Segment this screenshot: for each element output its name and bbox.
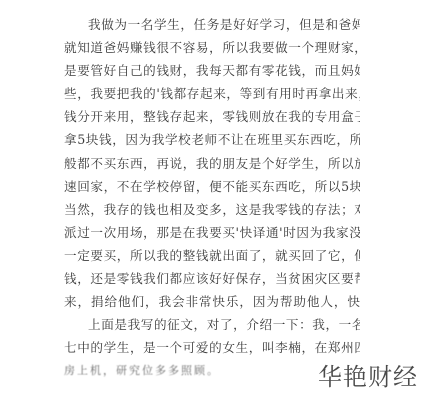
paragraph-2-line-1: 上面是我写的征文，对了，介绍一下：我，一名来自郑州铁路	[64, 313, 360, 336]
paragraph-2-line-3: 房上机，研究位多多照顾。	[64, 359, 360, 382]
paragraph-1-line-6: 拿5块钱，因为我学校老师不让在班里买东西吃，所以我和同学一	[64, 128, 360, 151]
paragraph-1-line-5: 钱分开来用，整钱存起来，零钱则放在我的专用盒子里，一个星期	[64, 105, 360, 128]
paragraph-1-line-10: 派过一次用场，那是在我要买'快译通'时因为我家没人，并且又	[64, 221, 360, 244]
paragraph-1-line-2: 就知道爸妈赚钱很不容易，所以我要做一个理财家，我对我的要求	[64, 36, 360, 59]
paragraph-1-line-8: 速回家，不在学校停留，便不能买东西吃，所以5块钱都花不完，	[64, 175, 360, 198]
paragraph-1-line-1: 我做为一名学生，任务是好好学习，但是和爸妈住在一起，也	[64, 13, 360, 36]
paragraph-2-line-2: 七中的学生，是一个可爱的女生，叫李楠，在郑州四十八中第一机	[64, 336, 360, 359]
document-page: 我做为一名学生，任务是好好学习，但是和爸妈住在一起，也 就知道爸妈赚钱很不容易，…	[0, 0, 424, 400]
paragraph-1-line-13: 来，捐给他们，我会非常快乐，因为帮助他人，快乐自己。	[64, 290, 360, 313]
watermark-logo-text: 华艳财经	[318, 362, 418, 392]
paragraph-1-line-9: 当然，我存的钱也相及变多，这是我零钱的存法；对于整钱，我就	[64, 198, 360, 221]
paragraph-1-line-12: 钱，还是零钱我们都应该好好保存，当贫困灾区要帮助时，就拿出	[64, 267, 360, 290]
paragraph-1-line-11: 一定要买，所以我的整钱就出面了，就买回了它，但是不管是整	[64, 244, 360, 267]
paragraph-1-line-3: 是要管好自己的钱财，我每天都有零花钱，而且妈妈平时也给我一	[64, 59, 360, 82]
essay-text: 我做为一名学生，任务是好好学习，但是和爸妈住在一起，也 就知道爸妈赚钱很不容易，…	[64, 13, 360, 383]
paragraph-1-line-7: 般都不买东西，再说，我的朋友是个好学生，所以放学后我们都急	[64, 152, 360, 175]
paragraph-1-line-4: 些，我要把我的'钱都存起来，等到有用时再拿出来，我把整钱和零	[64, 82, 360, 105]
